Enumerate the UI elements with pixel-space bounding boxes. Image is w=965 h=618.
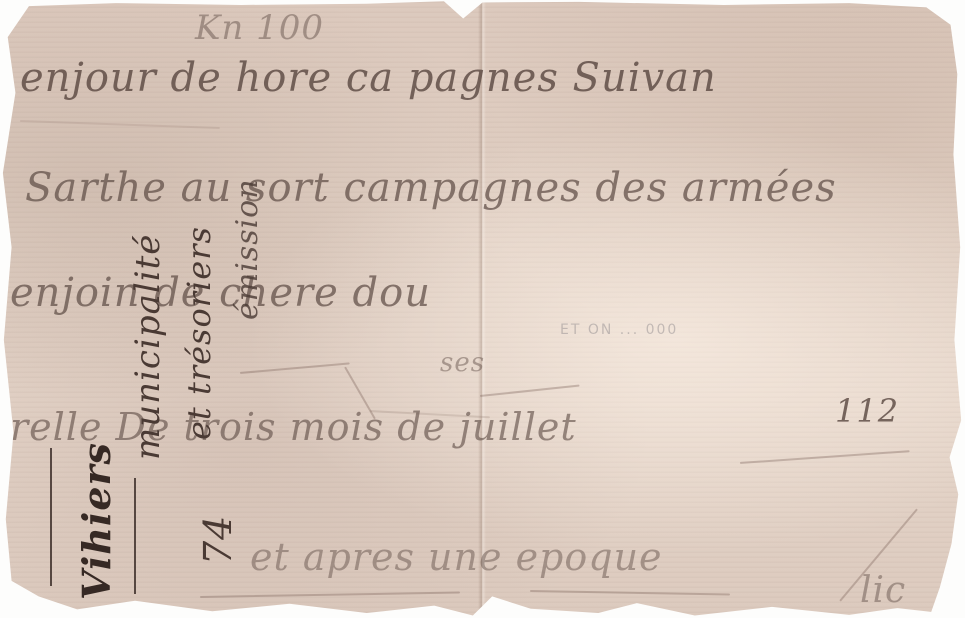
place-name-vihiers: Vihiers xyxy=(74,442,119,600)
faint-stamp: ET ON ... 000 xyxy=(560,322,678,338)
paper-crease xyxy=(740,450,910,464)
vertical-annotation: municipalité xyxy=(128,234,168,460)
vertical-annotation: émission xyxy=(230,178,265,320)
paper-crease xyxy=(200,591,460,598)
handwritten-line: enjoin de chere dou xyxy=(10,270,431,316)
handwritten-line: enjour de hore ca pagnes Suivan xyxy=(20,55,717,101)
handwritten-line: ses xyxy=(440,348,485,378)
handwritten-line: Sarthe au sort campagnes des armées xyxy=(25,165,837,211)
rotated-number: 74 xyxy=(196,515,240,565)
aged-paper: Kn 100 enjour de hore ca pagnes Suivan S… xyxy=(0,0,965,618)
paper-crease xyxy=(20,120,220,129)
handwritten-line: et apres une epoque xyxy=(250,535,663,579)
vertical-annotation: et trésoriers xyxy=(180,226,218,440)
box-rule-left xyxy=(50,448,52,586)
paper-crease xyxy=(530,590,730,595)
box-rule-right xyxy=(134,478,136,594)
paper-crease xyxy=(480,385,580,397)
handwritten-line: Kn 100 xyxy=(195,8,324,48)
document-photo: Kn 100 enjour de hore ca pagnes Suivan S… xyxy=(0,0,965,618)
handwritten-line: lic xyxy=(860,570,906,611)
handwritten-number: 112 xyxy=(835,392,899,430)
paper-crease xyxy=(240,362,350,374)
